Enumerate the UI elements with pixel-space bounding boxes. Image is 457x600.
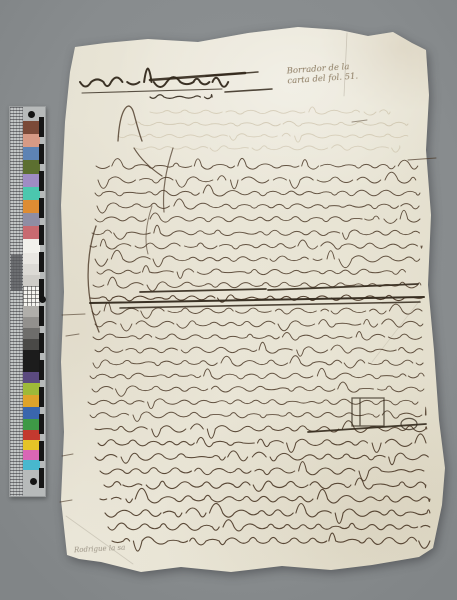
calibration-patch-label-grid	[23, 286, 40, 306]
calibration-patch-grey-85	[23, 275, 40, 286]
calibration-patches	[23, 121, 40, 470]
calibration-patch-orange	[23, 200, 40, 213]
calibration-patch-red	[23, 430, 40, 440]
calibration-patch-magenta	[23, 450, 40, 460]
calibration-patch-cyan	[23, 460, 40, 470]
calibration-patch-green	[23, 419, 40, 430]
calibration-step-marks	[39, 117, 44, 490]
calibration-patch-grey-30	[23, 328, 40, 339]
calibration-patch-blue	[23, 147, 40, 160]
calibration-patch-yellow	[23, 440, 40, 450]
calibration-patch-amber	[23, 395, 40, 407]
calibration-patch-white	[23, 239, 40, 253]
calibration-patch-grey-60	[23, 306, 40, 317]
calibration-patch-grey-95	[23, 253, 40, 264]
calibration-patch-rose	[23, 226, 40, 239]
calibration-logo-block	[11, 255, 22, 291]
manuscript-page-wrap	[0, 0, 457, 600]
calibration-patch-purple	[23, 372, 40, 383]
calibration-patch-salmon	[23, 134, 40, 147]
calibration-patch-grey-20	[23, 339, 40, 350]
calibration-patch-grey-45	[23, 317, 40, 328]
calibration-patch-chartreuse	[23, 383, 40, 395]
calibration-patch-black	[23, 350, 40, 372]
calibration-patch-blue-2	[23, 407, 40, 419]
manuscript-page	[0, 0, 457, 600]
calibration-patch-brown	[23, 121, 40, 134]
calibration-patch-slate	[23, 213, 40, 226]
calibration-ruler-markings	[10, 107, 23, 496]
calibration-patch-olive-green	[23, 160, 40, 174]
color-calibration-strip	[9, 106, 46, 497]
photograph-scene: Borrador de la carta del fol. 51. Rodrig…	[0, 0, 457, 600]
calibration-patch-grey-90	[23, 264, 40, 275]
registration-dot-middle	[39, 296, 46, 303]
registration-dot-bottom	[30, 478, 37, 485]
calibration-patch-lavender	[23, 174, 40, 187]
calibration-patch-turquoise	[23, 187, 40, 200]
registration-dot-top	[28, 111, 35, 118]
